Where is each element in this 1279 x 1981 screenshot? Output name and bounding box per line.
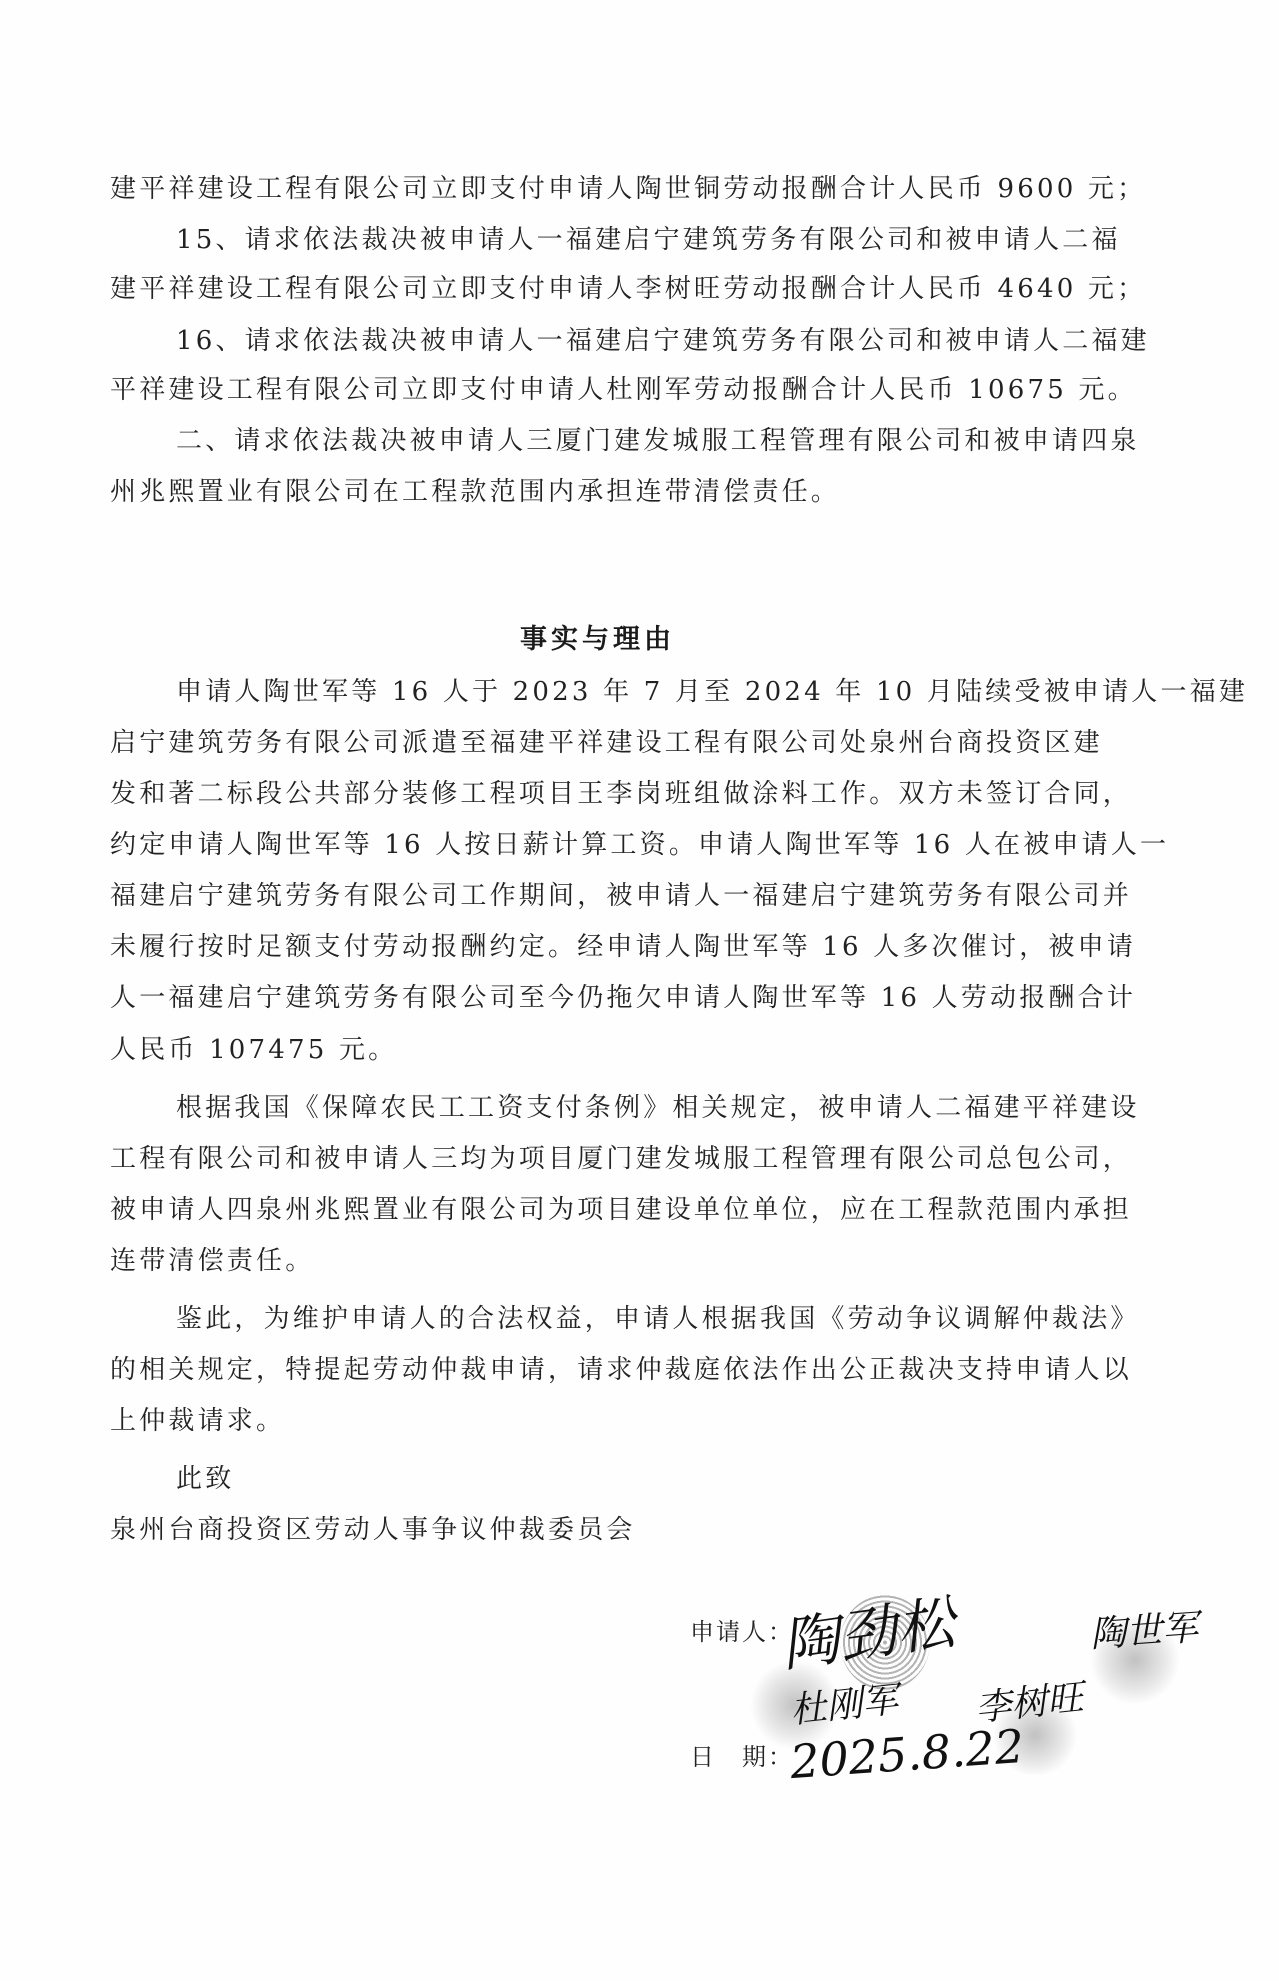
facts-line: 人民币 107475 元。	[110, 1033, 397, 1067]
closing-salutation: 此致	[176, 1462, 234, 1496]
facts-line: 的相关规定，特提起劳动仲裁申请，请求仲裁庭依法作出公正裁决支持申请人以	[110, 1353, 1132, 1387]
facts-line: 被申请人四泉州兆熙置业有限公司为项目建设单位单位，应在工程款范围内承担	[110, 1193, 1132, 1227]
facts-line: 未履行按时足额支付劳动报酬约定。经申请人陶世军等 16 人多次催讨，被申请	[110, 930, 1136, 964]
handwritten-signature: 陶世军	[1088, 1599, 1199, 1657]
claim-line: 15、请求依法裁决被申请人一福建启宁建筑劳务有限公司和被申请人二福	[176, 223, 1121, 257]
facts-line: 申请人陶世军等 16 人于 2023 年 7 月至 2024 年 10 月陆续受…	[176, 675, 1248, 709]
facts-line: 根据我国《保障农民工工资支付条例》相关规定，被申请人二福建平祥建设	[176, 1091, 1140, 1125]
facts-line: 启宁建筑劳务有限公司派遣至福建平祥建设工程有限公司处泉州台商投资区建	[110, 726, 1103, 760]
signature-area: 陶劲松 陶世军 杜刚军 李树旺 2025.8.22	[760, 1565, 1240, 1795]
claim-line: 16、请求依法裁决被申请人一福建启宁建筑劳务有限公司和被申请人二福建	[176, 324, 1150, 358]
addressee: 泉州台商投资区劳动人事争议仲裁委员会	[110, 1513, 636, 1547]
facts-line: 人一福建启宁建筑劳务有限公司至今仍拖欠申请人陶世军等 16 人劳动报酬合计	[110, 981, 1136, 1015]
claim-line: 二、请求依法裁决被申请人三厦门建发城服工程管理有限公司和被申请四泉	[176, 424, 1140, 458]
facts-line: 连带清偿责任。	[110, 1244, 314, 1278]
facts-line: 工程有限公司和被申请人三均为项目厦门建发城服工程管理有限公司总包公司，	[110, 1142, 1132, 1176]
claim-line: 平祥建设工程有限公司立即支付申请人杜刚军劳动报酬合计人民币 10675 元。	[110, 373, 1137, 407]
handwritten-signature: 陶劲松	[775, 1575, 959, 1682]
document-page: 建平祥建设工程有限公司立即支付申请人陶世铜劳动报酬合计人民币 9600 元； 1…	[0, 0, 1279, 1981]
claim-line: 建平祥建设工程有限公司立即支付申请人李树旺劳动报酬合计人民币 4640 元；	[110, 272, 1146, 306]
facts-line: 约定申请人陶世军等 16 人按日薪计算工资。申请人陶世军等 16 人在被申请人一	[110, 828, 1169, 862]
claim-line: 州兆熙置业有限公司在工程款范围内承担连带清偿责任。	[110, 475, 840, 509]
section-title: 事实与理由	[520, 617, 675, 656]
claim-line: 建平祥建设工程有限公司立即支付申请人陶世铜劳动报酬合计人民币 9600 元；	[110, 172, 1146, 206]
handwritten-signature: 杜刚军	[788, 1671, 901, 1733]
facts-line: 发和著二标段公共部分装修工程项目王李岗班组做涂料工作。双方未签订合同，	[110, 777, 1132, 811]
facts-line: 上仲裁请求。	[110, 1404, 285, 1438]
facts-line: 鉴此，为维护申请人的合法权益，申请人根据我国《劳动争议调解仲裁法》	[176, 1302, 1140, 1336]
facts-line: 福建启宁建筑劳务有限公司工作期间，被申请人一福建启宁建筑劳务有限公司并	[110, 879, 1132, 913]
